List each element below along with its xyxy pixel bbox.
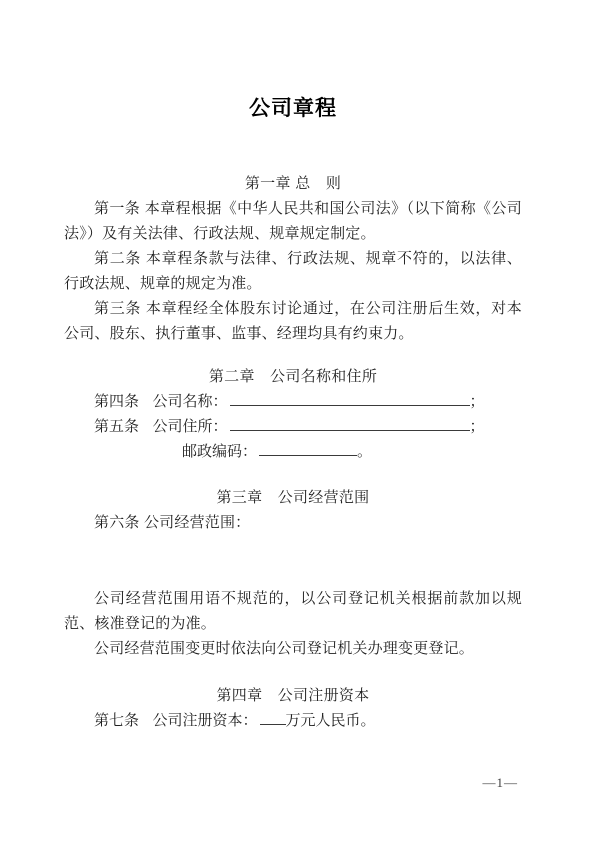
postal-code-blank[interactable] (259, 440, 357, 456)
postal-code-label: 邮政编码： (182, 443, 257, 460)
document-content: 公司章程 第一章 总 则 第一条 本章程根据《中华人民共和国公司法》（以下简称《… (0, 0, 596, 733)
company-address-blank[interactable] (230, 415, 470, 431)
business-scope-note-2: 公司经营范围变更时依法向公司登记机关办理变更登记。 (64, 636, 522, 661)
postal-code-line: 邮政编码：。 (64, 439, 522, 464)
document-title: 公司章程 (64, 0, 522, 122)
article-7-line: 第七条公司注册资本：万元人民币。 (64, 708, 522, 733)
article-1-paragraph: 第一条 本章程根据《中华人民共和国公司法》（以下简称《公司法》）及有关法律、行政… (64, 196, 522, 246)
document-page: 公司章程 第一章 总 则 第一条 本章程根据《中华人民共和国公司法》（以下简称《… (0, 0, 596, 842)
article-5-line: 第五条公司住所：； (64, 414, 522, 439)
business-scope-note-1: 公司经营范围用语不规范的，以公司登记机关根据前款加以规范、核准登记的为准。 (64, 586, 522, 636)
chapter-2-heading: 第二章 公司名称和住所 (64, 364, 522, 389)
company-address-label: 公司住所： (153, 418, 228, 435)
article-3-paragraph: 第三条 本章程经全体股东讨论通过，在公司注册后生效，对本公司、股东、执行董事、监… (64, 296, 522, 346)
registered-capital-blank[interactable] (260, 709, 286, 725)
article-4-number: 第四条 (94, 393, 139, 410)
registered-capital-label: 公司注册资本： (153, 712, 258, 729)
registered-capital-suffix: 万元人民币。 (286, 712, 376, 729)
article-4-punctuation: ； (470, 393, 485, 410)
article-6-paragraph: 第六条 公司经营范围： (64, 510, 522, 535)
article-2-paragraph: 第二条 本章程条款与法律、行政法规、规章不符的，以法律、行政法规、规章的规定为准… (64, 246, 522, 296)
page-footer: —1— (483, 775, 519, 791)
article-5-number: 第五条 (94, 418, 139, 435)
article-4-line: 第四条公司名称：； (64, 389, 522, 414)
article-5-punctuation: ； (470, 418, 485, 435)
postal-code-punctuation: 。 (357, 443, 372, 460)
company-name-label: 公司名称： (153, 393, 228, 410)
chapter-4-heading: 第四章 公司注册资本 (64, 683, 522, 708)
chapter-1-heading: 第一章 总 则 (64, 171, 522, 196)
page-number: —1— (483, 775, 519, 790)
company-name-blank[interactable] (230, 390, 470, 406)
article-7-number: 第七条 (94, 712, 139, 729)
chapter-3-heading: 第三章 公司经营范围 (64, 485, 522, 510)
